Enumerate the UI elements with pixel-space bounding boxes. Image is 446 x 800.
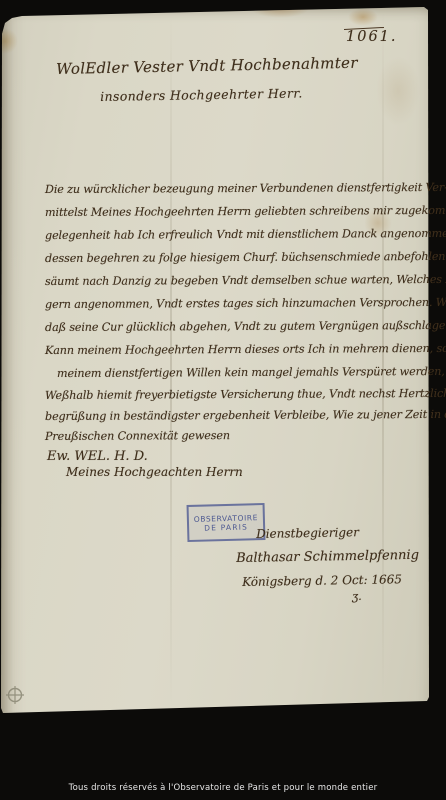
- body-line: dessen begehren zu folge hiesigem Churf.…: [45, 250, 446, 265]
- body-line: Weßhalb hiemit freyerbietigste Versicher…: [45, 387, 446, 402]
- closing-abbreviation: Ew. WEL. H. D.: [47, 449, 148, 464]
- body-line: Die zu würcklicher bezeugung meiner Verb…: [45, 181, 446, 196]
- body-line: daß seine Cur glücklich abgehen, Vndt zu…: [45, 319, 446, 334]
- body-line: Kann meinem Hochgeehrten Herrn dieses or…: [45, 342, 446, 357]
- crossed-circle-pencil-icon: [4, 684, 26, 710]
- folio-number: 1061.: [346, 29, 398, 45]
- observatoire-de-paris-stamp: OBSERVATOIRE DE PARIS: [187, 503, 266, 542]
- signature-valediction: Dienstbegieriger: [256, 525, 359, 541]
- stamp-line-2: DE PARIS: [204, 522, 248, 532]
- body-line: gelegenheit hab Ich erfreulich Vndt mit …: [45, 227, 446, 242]
- body-line: säumt nach Danzig zu begeben Vndt demsel…: [45, 273, 446, 288]
- archival-scan: 1061. WolEdler Vester Vndt Hochbenahmter…: [0, 0, 446, 800]
- closing-line: Meines Hochgeachten Herrn: [66, 465, 243, 479]
- signature-place-date: Königsberg d. 2 Oct: 1665: [242, 572, 402, 589]
- body-line: meinem dienstfertigen Willen kein mangel…: [57, 365, 445, 380]
- body-line: mittelst Meines Hochgeehrten Herrn gelie…: [45, 204, 446, 219]
- body-line: begrüßung in beständigster ergebenheit V…: [45, 408, 446, 423]
- body-line: gern angenommen, Vndt erstes tages sich …: [45, 296, 446, 311]
- signature-flourish: ʒ.: [352, 590, 362, 603]
- body-line: Preußischen Connexität gewesen: [45, 429, 230, 443]
- copyright-footer: Tous droits réservés à l'Observatoire de…: [0, 783, 446, 793]
- signature-name: Balthasar Schimmelpfennig: [236, 548, 419, 566]
